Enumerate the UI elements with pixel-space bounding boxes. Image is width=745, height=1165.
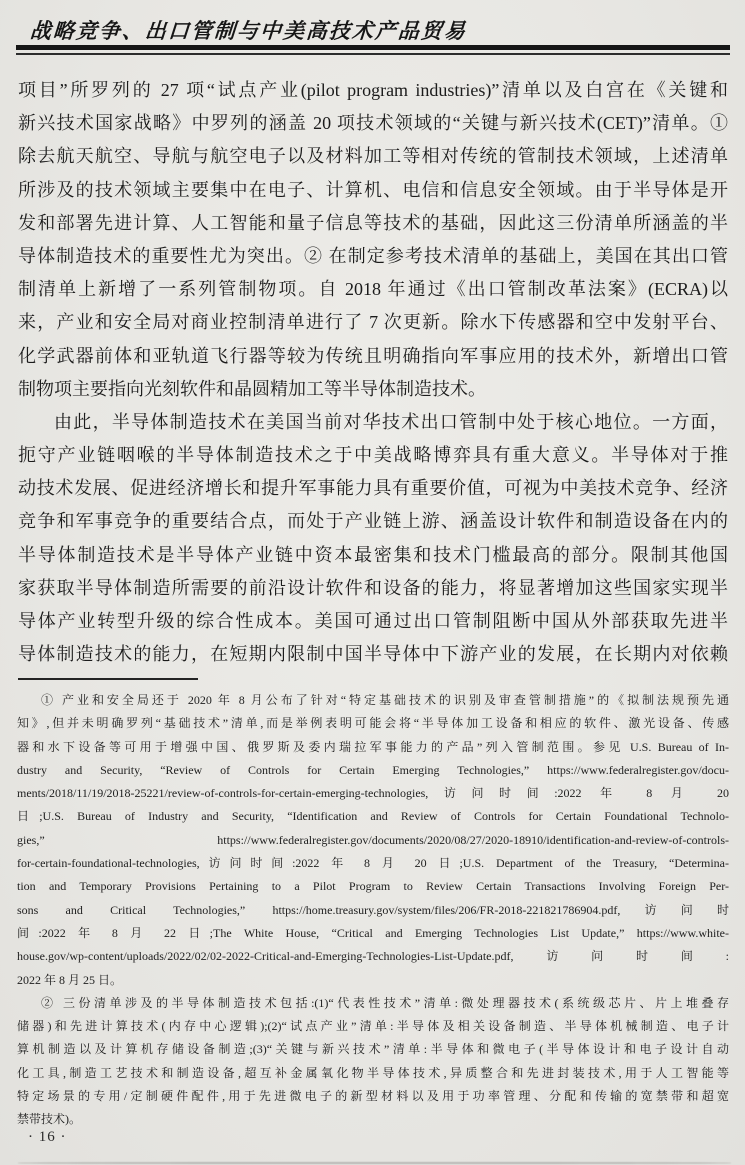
text-line: for-certain-foundational-technologies,访问…	[17, 852, 729, 875]
text-line: 除去航天航空、导航与航空电子以及材料加工等相对传统的管制技术领域，上述清单	[18, 140, 728, 173]
header-rule-thick	[16, 45, 730, 50]
text-line: ① 产业和安全局还于 2020 年 8 月公布了针对“特定基础技术的识别及审查管…	[17, 689, 729, 712]
text-line: 导体制造技术的重要性尤为突出。② 在制定参考技术清单的基础上，美国在其出口管	[18, 240, 728, 273]
text-line: gies,” https://www.federalregister.gov/d…	[17, 829, 729, 852]
body-paragraph-1: 项目”所罗列的 27 项“试点产业(pilot program industri…	[18, 74, 728, 406]
text-line: 竞争和军事竞争的重要结合点，而处于产业链上游、涵盖设计软件和制造设备在内的	[18, 505, 728, 538]
text-line: 扼守产业链咽喉的半导体制造技术之于中美战略博弈具有重大意义。半导体对于推	[18, 439, 728, 472]
body-text-block: 项目”所罗列的 27 项“试点产业(pilot program industri…	[18, 74, 728, 671]
text-line: 新兴技术国家战略》中罗列的涵盖 20 项技术领域的“关键与新兴技术(CET)”清…	[18, 107, 728, 140]
text-line: 算机制造以及计算机存储设备制造;(3)“关键与新兴技术”清单:半导体和微电子(半…	[17, 1038, 729, 1061]
text-line: 来，产业和安全局对商业控制清单进行了 7 次更新。除水下传感器和空中发射平台、	[18, 306, 728, 339]
footnote-2: ② 三份清单涉及的半导体制造技术包括:(1)“代表性技术”清单:微处理器技术(系…	[17, 992, 729, 1132]
text-line: tion and Temporary Provisions Pertaining…	[17, 875, 729, 898]
text-line: 项目”所罗列的 27 项“试点产业(pilot program industri…	[18, 74, 728, 107]
footnote-1: ① 产业和安全局还于 2020 年 8 月公布了针对“特定基础技术的识别及审查管…	[17, 689, 729, 992]
text-line: 化学武器前体和亚轨道飞行器等较为传统且明确指向军事应用的技术外，新增出口管	[18, 340, 728, 373]
text-line: 间:2022 年 8 月 22 日;The White House, “Crit…	[17, 922, 729, 945]
text-line: 半导体制造技术是半导体产业链中资本最密集和技术门槛最高的部分。限制其他国	[18, 539, 728, 572]
body-paragraph-2: 由此，半导体制造技术在美国当前对华技术出口管制中处于核心地位。一方面，扼守产业链…	[18, 406, 728, 672]
text-line: sons and Critical Technologies,” https:/…	[17, 899, 729, 922]
footnote-separator	[18, 678, 198, 680]
text-line: 家获取半导体制造所需要的前沿设计软件和设备的能力，将显著增加这些国家实现半	[18, 572, 728, 605]
text-line: 2022 年 8 月 25 日。	[17, 969, 729, 992]
text-line: 导体制造技术的能力，在短期内限制中国半导体中下游产业的发展，在长期内对依赖	[18, 638, 728, 671]
text-line: 所涉及的技术领域主要集中在电子、计算机、电信和信息安全领域。由于半导体是开	[18, 174, 728, 207]
text-line: 器和水下设备等可用于增强中国、俄罗斯及委内瑞拉军事能力的产品”列入管制范围。参见…	[17, 736, 729, 759]
text-line: 禁带技术)。	[17, 1108, 729, 1131]
header-rule-thin	[16, 53, 730, 55]
text-line: ② 三份清单涉及的半导体制造技术包括:(1)“代表性技术”清单:微处理器技术(系…	[17, 992, 729, 1015]
scanned-document-page: 战略竞争、出口管制与中美高技术产品贸易 项目”所罗列的 27 项“试点产业(pi…	[0, 0, 745, 1165]
text-line: 特定场景的专用/定制硬件配件,用于先进微电子的新型材料以及用于功率管理、分配和传…	[17, 1085, 729, 1108]
text-line: 动技术发展、促进经济增长和提升军事能力具有重要价值，可视为中美技术竞争、经济	[18, 472, 728, 505]
text-line: 发和部署先进计算、人工智能和量子信息等技术的基础，因此这三份清单所涵盖的半	[18, 207, 728, 240]
footnotes-block: ① 产业和安全局还于 2020 年 8 月公布了针对“特定基础技术的识别及审查管…	[17, 689, 729, 1132]
text-line: 制清单上新增了一系列管制物项。自 2018 年通过《出口管制改革法案》(ECRA…	[18, 273, 728, 306]
text-line: 日;U.S. Bureau of Industry and Security, …	[17, 805, 729, 828]
scan-edge-shadow	[18, 1162, 731, 1164]
text-line: 由此，半导体制造技术在美国当前对华技术出口管制中处于核心地位。一方面，	[18, 406, 728, 439]
text-line: 导体产业转型升级的综合性成本。美国可通过出口管制阻断中国从外部获取先进半	[18, 605, 728, 638]
text-line: 制物项主要指向光刻软件和晶圆精加工等半导体制造技术。	[18, 373, 728, 406]
text-line: 化工具,制造工艺技术和制造设备,超互补金属氧化物半导体技术,异质整合和先进封装技…	[17, 1062, 729, 1085]
text-line: dustry and Security, “Review of Controls…	[17, 759, 729, 782]
text-line: 知》,但并未明确罗列“基础技术”清单,而是举例表明可能会将“半导体加工设备和相应…	[17, 712, 729, 735]
text-line: 储器)和先进计算技术(内存中心逻辑);(2)“试点产业”清单:半导体及相关设备制…	[17, 1015, 729, 1038]
running-head-title: 战略竞争、出口管制与中美高技术产品贸易	[29, 15, 468, 45]
page-number: · 16 ·	[28, 1129, 67, 1146]
text-line: house.gov/wp-content/uploads/2022/02/02-…	[17, 945, 729, 968]
text-line: ments/2018/11/19/2018-25221/review-of-co…	[17, 782, 729, 805]
